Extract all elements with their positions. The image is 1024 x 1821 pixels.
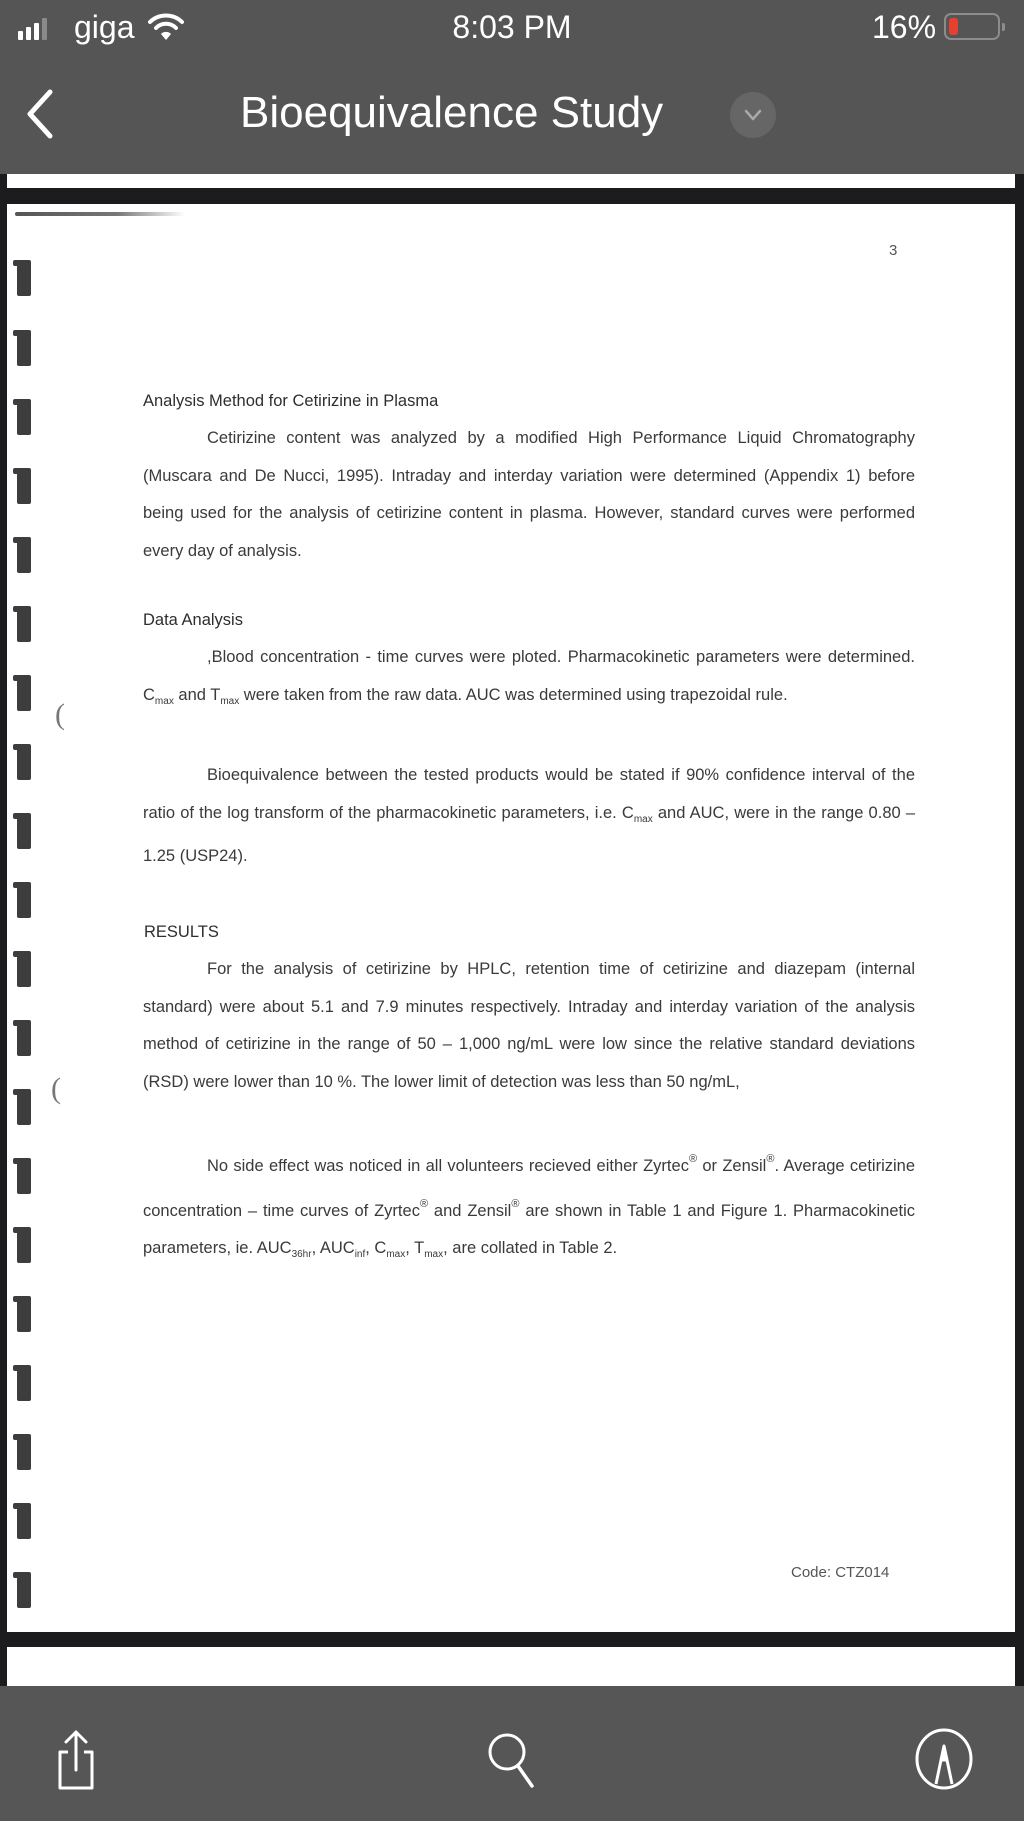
battery-percent: 16% — [872, 9, 936, 46]
previous-page-edge[interactable] — [7, 174, 1015, 188]
top-bar: giga 8:03 PM 16% Bioequivalence Study — [0, 0, 1024, 174]
paragraph: Cetirizine content was analyzed by a mod… — [143, 420, 915, 570]
paragraph: No side effect was noticed in all volunt… — [143, 1141, 915, 1274]
binding-mark — [17, 260, 31, 296]
paragraph: For the analysis of cetirizine by HPLC, … — [143, 951, 915, 1101]
binding-mark — [17, 1020, 31, 1056]
binding-mark — [17, 330, 31, 366]
margin-mark: ( — [55, 698, 65, 732]
binding-mark — [17, 744, 31, 780]
binding-mark — [17, 1503, 31, 1539]
section-heading: RESULTS — [144, 923, 219, 942]
scan-artifact-line — [15, 212, 185, 216]
battery-icon — [944, 13, 1000, 40]
bottom-toolbar — [0, 1686, 1024, 1821]
binding-mark — [17, 537, 31, 573]
search-icon[interactable] — [480, 1726, 540, 1792]
binding-mark — [17, 606, 31, 642]
title-menu-button[interactable] — [730, 92, 776, 138]
binding-mark — [17, 675, 31, 711]
binding-mark — [17, 1158, 31, 1194]
binding-mark — [17, 813, 31, 849]
binding-mark — [17, 1089, 31, 1125]
binding-mark — [17, 1296, 31, 1332]
margin-mark: ( — [51, 1072, 61, 1106]
paragraph: Bioequivalence between the tested produc… — [143, 757, 915, 876]
binding-mark — [17, 951, 31, 987]
binding-mark — [17, 1365, 31, 1401]
page-number: 3 — [889, 242, 897, 259]
chevron-down-icon — [743, 107, 763, 123]
next-page-edge[interactable] — [7, 1647, 1015, 1687]
status-bar: giga 8:03 PM 16% — [0, 0, 1024, 56]
binding-mark — [17, 468, 31, 504]
markup-pen-icon[interactable] — [914, 1726, 974, 1792]
clock: 8:03 PM — [0, 9, 1024, 46]
share-icon[interactable] — [46, 1726, 106, 1792]
binding-mark — [17, 399, 31, 435]
document-title[interactable]: Bioequivalence Study — [240, 88, 663, 138]
binding-mark — [17, 1434, 31, 1470]
section-heading: Data Analysis — [143, 611, 243, 630]
binding-mark — [17, 1572, 31, 1608]
binding-mark — [17, 882, 31, 918]
paragraph: ,Blood concentration - time curves were … — [143, 639, 915, 720]
document-page[interactable]: ( ( 3 Analysis Method for Cetirizine in … — [7, 204, 1015, 1632]
section-heading: Analysis Method for Cetirizine in Plasma — [143, 392, 438, 411]
back-chevron-icon[interactable] — [20, 86, 60, 142]
document-code: Code: CTZ014 — [791, 1564, 889, 1581]
binding-mark — [17, 1227, 31, 1263]
